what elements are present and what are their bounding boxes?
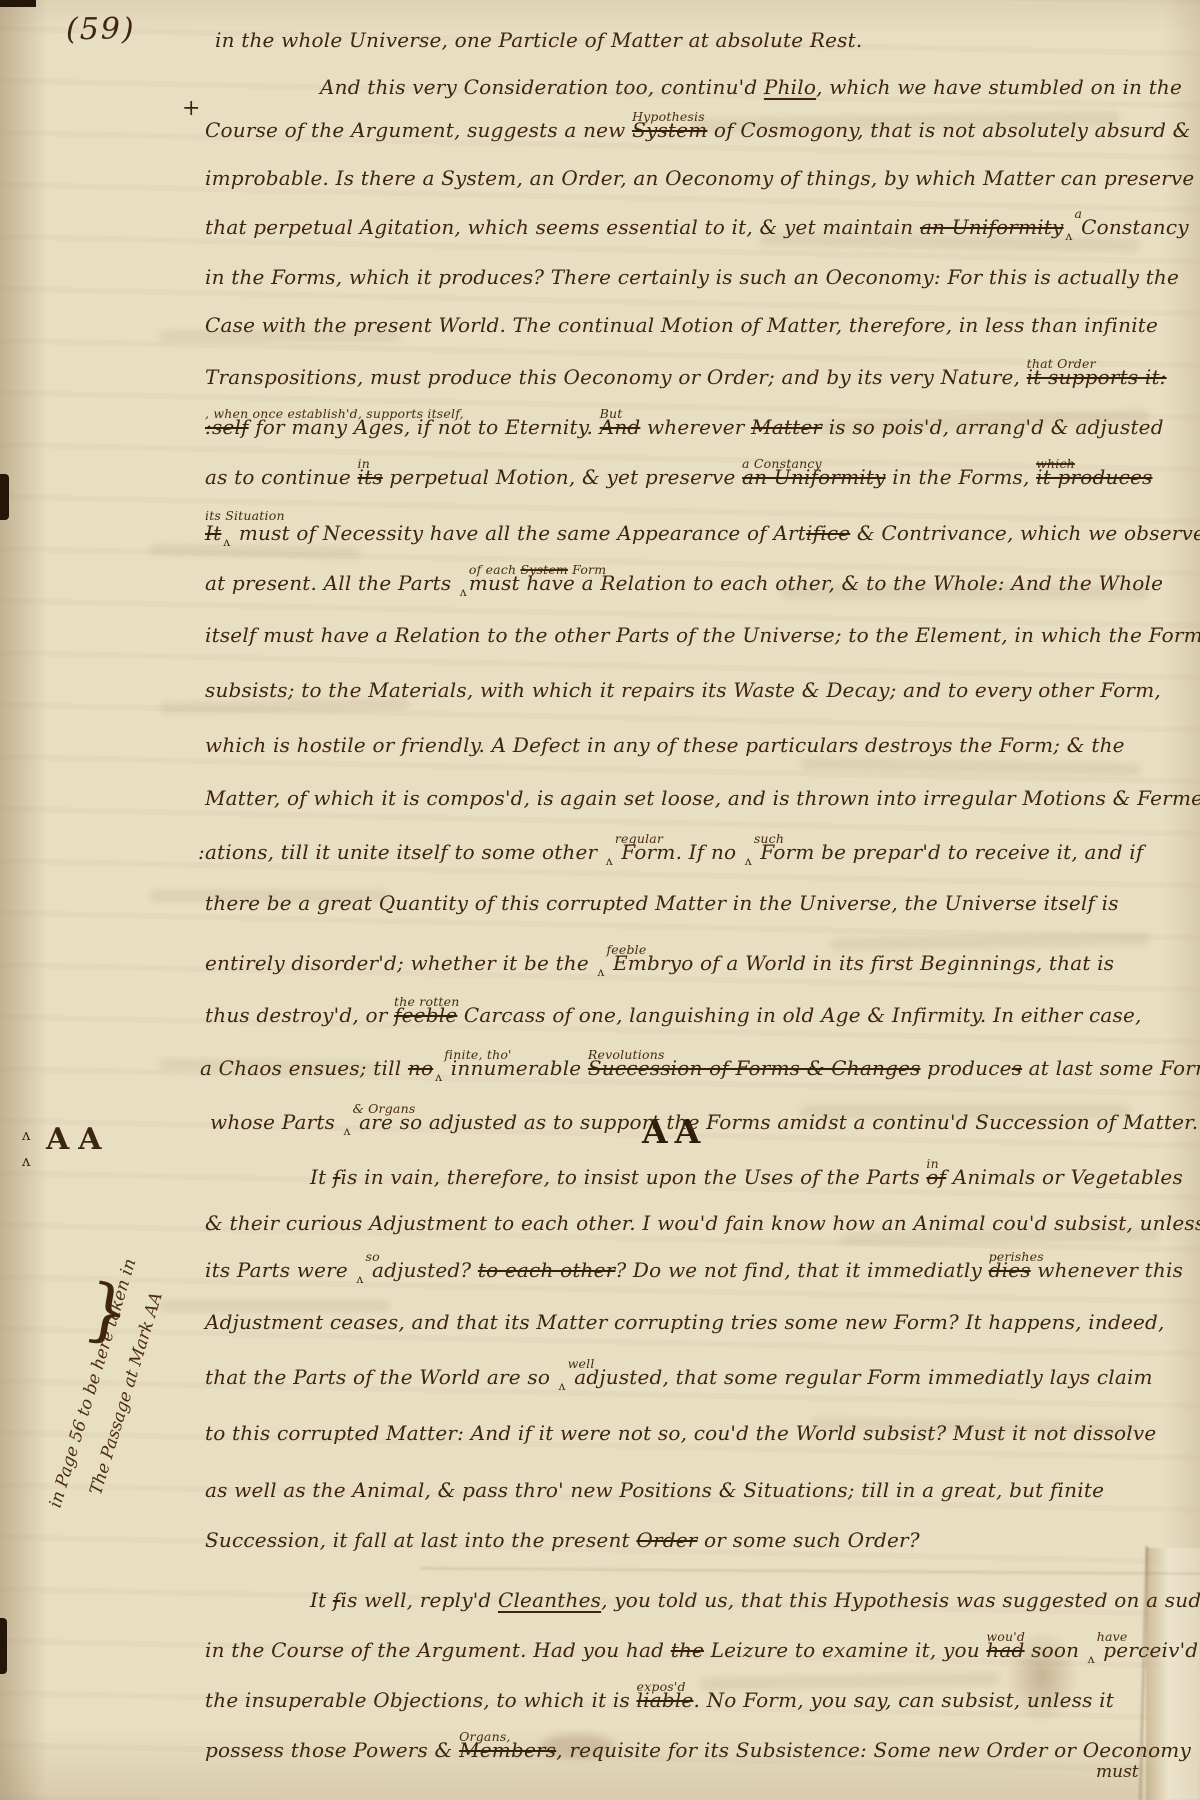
text-segment: Order <box>636 1528 697 1552</box>
margin-plus-mark: + <box>182 96 200 121</box>
caret-icon: ʌ <box>22 1152 30 1170</box>
caret-icon: ʌ <box>606 854 613 868</box>
text-segment: soon <box>1025 1638 1086 1662</box>
manuscript-line: It ſis in vain, therefore, to insist upo… <box>310 1167 1183 1187</box>
text-segment: a Chaos ensues; till <box>200 1056 408 1080</box>
manuscript-line: Adjustment ceases, and that its Matter c… <box>205 1312 1165 1332</box>
text-segment: in the Forms, which it produces? There c… <box>205 265 1179 289</box>
manuscript-line: there be a great Quantity of this corrup… <box>205 893 1119 913</box>
text-segment: . No Form, you say, can subsist, unless … <box>693 1688 1114 1712</box>
showthrough-mark <box>800 757 1140 776</box>
text-segment: wherever <box>640 415 751 439</box>
manuscript-line: in the Forms, which it produces? There c… <box>205 267 1179 287</box>
manuscript-line: entirely disorder'd; whether it be the ʌ… <box>205 953 1114 973</box>
manuscript-line: a Chaos ensues; till noʌfinite, tho' inn… <box>200 1058 1200 1078</box>
manuscript-line: to this corrupted Matter: And if it were… <box>205 1423 1156 1443</box>
text-segment: , requisite for its Subsistence: Some ne… <box>556 1738 1191 1762</box>
caret-icon: ʌ <box>745 854 752 868</box>
text-segment: subsists; to the Materials, with which i… <box>205 678 1161 702</box>
text-segment: Matter <box>751 415 822 439</box>
text-segment: Embryo of a World in its first Beginning… <box>606 951 1114 975</box>
manuscript-line: whose Parts ʌ& Organs are so adjusted as… <box>210 1112 1198 1132</box>
manuscript-line: & their curious Adjustment to each other… <box>205 1213 1200 1233</box>
manuscript-line: which is hostile or friendly. A Defect i… <box>205 735 1125 755</box>
text-segment: at last some Forms, <box>1022 1056 1200 1080</box>
text-segment: ifice <box>806 521 850 545</box>
text-segment: , which we have stumbled on in the <box>816 75 1182 99</box>
text-segment: as to continue <box>205 465 358 489</box>
text-segment: possess those Powers & <box>205 1738 459 1762</box>
text-segment: Animals or Vegetables <box>946 1165 1183 1189</box>
text-segment: Transpositions, must produce this Oecono… <box>205 365 1027 389</box>
text-segment: at present. All the Parts <box>205 571 458 595</box>
text-segment: Case with the present World. The continu… <box>205 313 1158 337</box>
text-segment: is so pois'd, arrang'd & adjusted <box>822 415 1164 439</box>
manuscript-line: Case with the present World. The continu… <box>205 315 1158 335</box>
text-segment: entirely disorder'd; whether it be the <box>205 951 595 975</box>
text-segment: Form be prepar'd to receive it, and if <box>754 840 1144 864</box>
manuscript-line: subsists; to the Materials, with which i… <box>205 680 1161 700</box>
text-segment: of each <box>469 562 521 577</box>
manuscript-line: Succession, it fall at last into the pre… <box>205 1530 920 1550</box>
text-segment: to each other <box>478 1258 616 1282</box>
manuscript-line: in the Course of the Argument. Had you h… <box>205 1640 1198 1660</box>
text-segment: in the Course of the Argument. Had you h… <box>205 1638 671 1662</box>
text-segment: Form <box>568 562 606 577</box>
text-segment: there be a great Quantity of this corrup… <box>205 891 1119 915</box>
caret-icon: ʌ <box>1066 229 1073 243</box>
caret-icon: ʌ <box>435 1070 442 1084</box>
caret-icon: ʌ <box>1088 1652 1095 1666</box>
manuscript-line: in the whole Universe, one Particle of M… <box>215 30 862 50</box>
text-segment: thus destroy'd, or <box>205 1003 394 1027</box>
text-segment: to this corrupted Matter: And if it were… <box>205 1421 1156 1445</box>
manuscript-line: that the Parts of the World are so ʌwell… <box>205 1367 1153 1387</box>
text-segment: Cleanthes <box>498 1588 601 1612</box>
caret-icon: ʌ <box>223 535 230 549</box>
margin-side-note: in Page 56 to be here taken in The Passa… <box>10 1158 221 1621</box>
text-segment: is in vain, therefore, to insist upon th… <box>341 1165 927 1189</box>
manuscript-line: Itʌ must of Necessity have all the same … <box>205 523 1200 543</box>
text-segment: :ations, till it unite itself to some ot… <box>198 840 604 864</box>
text-segment: perpetual Motion, & yet preserve <box>383 465 742 489</box>
manuscript-line: Matter, of which it is compos'd, is agai… <box>205 788 1200 808</box>
caret-icon: ʌ <box>22 1126 30 1144</box>
manuscript-page: (59) + ʌ ʌ AA AA in Page 56 to be here t… <box>0 0 1200 1800</box>
manuscript-line: itself must have a Relation to the other… <box>205 625 1200 645</box>
text-segment: & their curious Adjustment to each other… <box>205 1211 1200 1235</box>
caret-icon: ʌ <box>356 1272 363 1286</box>
text-segment: in the whole Universe, one Particle of M… <box>215 28 862 52</box>
manuscript-line: thus destroy'd, or the rottenfeeble Carc… <box>205 1005 1142 1025</box>
manuscript-line: as to continue inits perpetual Motion, &… <box>205 467 1152 487</box>
scan-edge-artifact <box>0 1618 7 1674</box>
text-segment: whose Parts <box>210 1110 342 1134</box>
manuscript-line: possess those Powers & Organs,Members, r… <box>205 1740 1191 1760</box>
text-segment: are so adjusted as to support the Forms … <box>353 1110 1199 1134</box>
text-segment: Matter, of which it is compos'd, is agai… <box>205 786 1200 810</box>
text-segment: in the Forms, <box>886 465 1036 489</box>
manuscript-line: Course of the Argument, suggests a new H… <box>205 120 1191 140</box>
text-segment: the <box>671 1638 704 1662</box>
text-segment: Constancy <box>1075 215 1189 239</box>
text-segment: System <box>520 562 568 577</box>
paper-repair-patch <box>1146 1548 1200 1800</box>
text-segment: must of Necessity have all the same Appe… <box>232 521 806 545</box>
text-segment: that perpetual Agitation, which seems es… <box>205 215 920 239</box>
text-segment: is well, reply'd <box>341 1588 498 1612</box>
scan-edge-artifact <box>0 474 9 520</box>
text-segment: itself must have a Relation to the other… <box>205 623 1200 647</box>
text-segment: Philo <box>764 75 816 99</box>
text-segment: of Cosmogony, that is not absolutely abs… <box>707 118 1190 142</box>
manuscript-line: at present. All the Parts ʌof each Syste… <box>205 573 1163 593</box>
page-number: (59) <box>66 12 136 47</box>
text-segment: ? Do we not find, that it immediatly <box>615 1258 988 1282</box>
text-segment: adjusted, that some regular Form immedia… <box>568 1365 1153 1389</box>
text-segment: Succession, it fall at last into the pre… <box>205 1528 636 1552</box>
manuscript-line: improbable. Is there a System, an Order,… <box>205 168 1194 188</box>
text-segment: or some such Order? <box>698 1528 920 1552</box>
manuscript-line: that perpetual Agitation, which seems es… <box>205 217 1189 237</box>
text-segment: , you told us, that this Hypothesis was … <box>601 1588 1200 1612</box>
text-segment: Course of the Argument, suggests a new <box>205 118 632 142</box>
manuscript-line: , when once establish'd, supports itself… <box>205 417 1164 437</box>
text-segment: an Uniformity <box>920 215 1064 239</box>
text-segment: produce <box>921 1056 1012 1080</box>
text-segment: no <box>408 1056 433 1080</box>
manuscript-line: its Parts were ʌso adjusted? to each oth… <box>205 1260 1183 1280</box>
text-segment: whenever this <box>1031 1258 1183 1282</box>
text-segment: & Contrivance, which we observe <box>850 521 1200 545</box>
text-segment: ſ <box>333 1588 341 1612</box>
text-segment: adjusted? <box>365 1258 477 1282</box>
manuscript-line: :ations, till it unite itself to some ot… <box>198 842 1144 862</box>
caret-icon: ʌ <box>597 965 604 979</box>
scan-edge-artifact <box>0 0 36 7</box>
showthrough-mark <box>150 543 360 559</box>
catchword: must <box>1096 1762 1139 1782</box>
text-segment: Leizure to examine it, you <box>704 1638 986 1662</box>
manuscript-line: as well as the Animal, & pass thro' new … <box>205 1480 1104 1500</box>
text-segment: s <box>1012 1056 1022 1080</box>
text-segment: that the Parts of the World are so <box>205 1365 557 1389</box>
text-segment: And this very Consideration too, continu… <box>320 75 764 99</box>
text-segment: Carcass of one, languishing in old Age &… <box>457 1003 1141 1027</box>
manuscript-line: Transpositions, must produce this Oecono… <box>205 367 1167 387</box>
text-segment: It <box>310 1588 333 1612</box>
manuscript-line: the insuperable Objections, to which it … <box>205 1690 1114 1710</box>
text-segment: ſ <box>333 1165 341 1189</box>
caret-icon: ʌ <box>460 585 467 599</box>
text-segment: Adjustment ceases, and that its Matter c… <box>205 1310 1165 1334</box>
text-segment: as well as the Animal, & pass thro' new … <box>205 1478 1104 1502</box>
text-segment: It <box>205 521 221 545</box>
manuscript-line: It ſis well, reply'd Cleanthes, you told… <box>310 1590 1200 1610</box>
text-segment: which is hostile or friendly. A Defect i… <box>205 733 1125 757</box>
text-segment: improbable. Is there a System, an Order,… <box>205 166 1194 190</box>
paper-crease <box>420 1567 1200 1574</box>
text-segment: its Parts were <box>205 1258 354 1282</box>
text-segment: the insuperable Objections, to which it … <box>205 1688 637 1712</box>
showthrough-mark <box>830 932 1150 951</box>
text-segment: It <box>310 1165 333 1189</box>
caret-icon: ʌ <box>344 1124 351 1138</box>
margin-aa-label: AA <box>46 1122 111 1157</box>
caret-icon: ʌ <box>559 1379 566 1393</box>
manuscript-line: And this very Consideration too, continu… <box>320 77 1182 97</box>
